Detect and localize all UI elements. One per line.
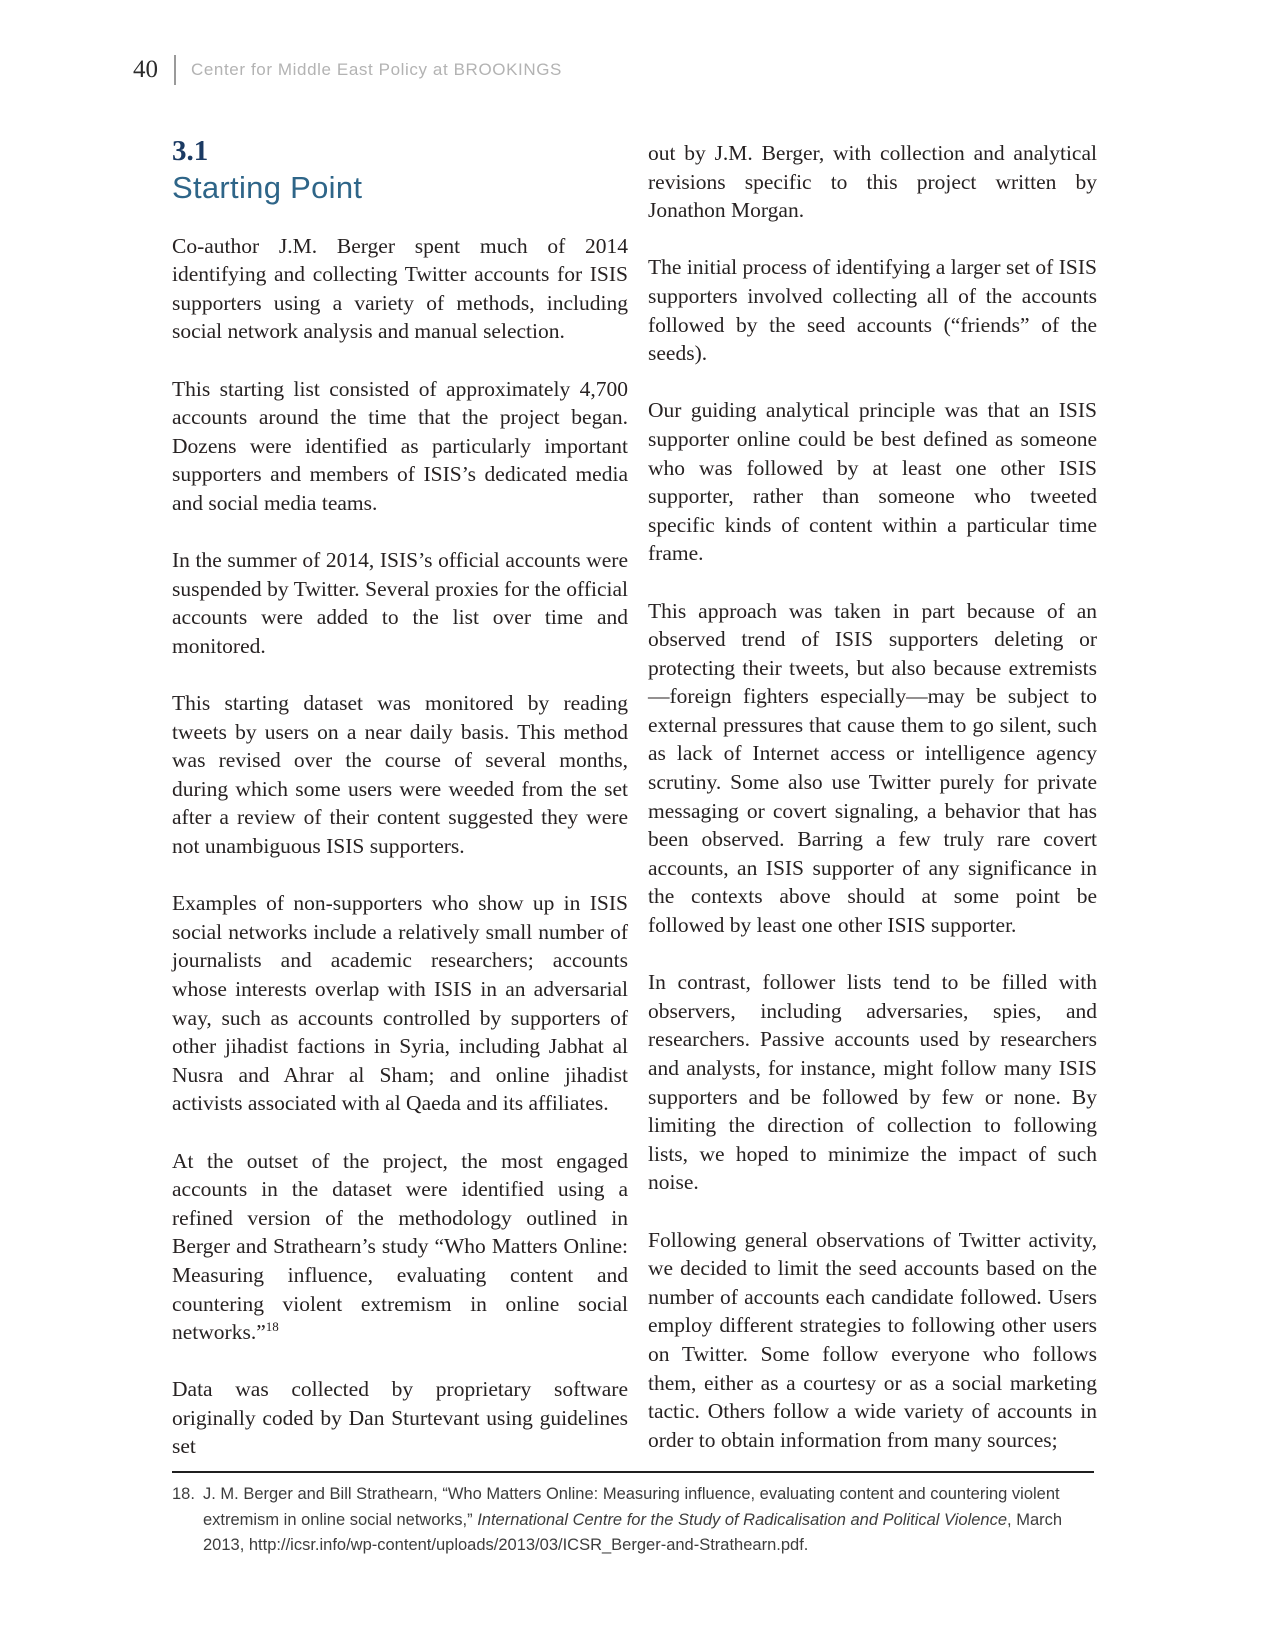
paragraph-left-7: Data was collected by proprietary softwa… — [172, 1375, 628, 1461]
left-column: 3.1 Starting Point Co-author J.M. Berger… — [172, 136, 628, 1461]
footnote-18: 18. J. M. Berger and Bill Strathearn, “W… — [172, 1482, 1094, 1559]
section-number: 3.1 — [172, 136, 628, 168]
paragraph-right-1: out by J.M. Berger, with collection and … — [648, 139, 1097, 225]
paragraph-left-5: Examples of non-supporters who show up i… — [172, 889, 628, 1118]
paragraph-left-6-text: At the outset of the project, the most e… — [172, 1149, 628, 1345]
paragraph-left-4: This starting dataset was monitored by r… — [172, 689, 628, 861]
footnote-number: 18. — [172, 1482, 203, 1559]
header-running-title: Center for Middle East Policy at BROOKIN… — [191, 60, 562, 80]
footnote-text: J. M. Berger and Bill Strathearn, “Who M… — [203, 1482, 1094, 1559]
left-column-body: Co-author J.M. Berger spent much of 2014… — [172, 232, 628, 1462]
paragraph-right-5: In contrast, follower lists tend to be f… — [648, 968, 1097, 1197]
footnote-section: 18. J. M. Berger and Bill Strathearn, “W… — [172, 1471, 1094, 1559]
footnote-reference-18: 18 — [266, 1319, 279, 1334]
paragraph-left-3: In the summer of 2014, ISIS’s official a… — [172, 546, 628, 660]
header-divider — [174, 55, 176, 85]
paragraph-right-6: Following general observations of Twitte… — [648, 1226, 1097, 1455]
paragraph-left-6: At the outset of the project, the most e… — [172, 1147, 628, 1347]
page-number: 40 — [133, 56, 158, 84]
document-page: 40 Center for Middle East Policy at BROO… — [0, 0, 1275, 1650]
section-title: Starting Point — [172, 170, 628, 206]
paragraph-right-2: The initial process of identifying a lar… — [648, 253, 1097, 367]
page-header: 40 Center for Middle East Policy at BROO… — [133, 53, 562, 87]
footnote-journal-name: International Centre for the Study of Ra… — [477, 1511, 1007, 1529]
paragraph-left-2: This starting list consisted of approxim… — [172, 375, 628, 518]
right-column: out by J.M. Berger, with collection and … — [648, 139, 1097, 1454]
paragraph-right-4: This approach was taken in part because … — [648, 597, 1097, 940]
paragraph-left-1: Co-author J.M. Berger spent much of 2014… — [172, 232, 628, 346]
paragraph-right-3: Our guiding analytical principle was tha… — [648, 396, 1097, 568]
